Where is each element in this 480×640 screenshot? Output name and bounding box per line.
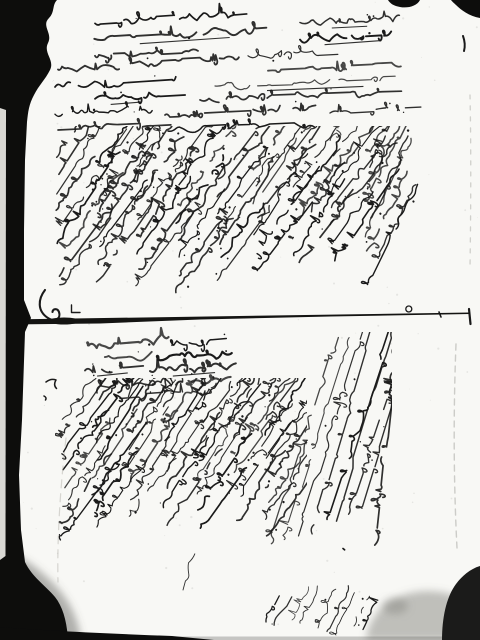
paper-speck [281,29,283,31]
paper-speck [126,406,127,407]
paper-speck [57,123,59,125]
paper-speck [52,81,53,82]
paper-speck [191,587,193,589]
paper-speck [477,217,478,218]
paper-speck [93,44,94,45]
paper-speck [428,174,429,175]
paper-speck [50,180,51,181]
paper-speck [384,463,385,464]
paper-speck [334,572,335,573]
paper-speck [36,528,37,529]
paper-speck [27,452,29,454]
paper-speck [31,508,33,510]
paper-speck [409,389,410,390]
paper-speck [421,57,422,58]
paper-speck [127,281,129,283]
paper-speck [190,516,192,518]
paper-speck [396,294,398,296]
paper-speck [316,530,317,531]
paper-speck [464,209,466,211]
paper-speck [295,411,296,412]
paper-speck [174,397,176,399]
paper-speck [308,189,310,191]
left-gutter-sliver [0,108,6,560]
paper-speck [280,257,281,258]
paper-speck [84,342,85,343]
paper-speck [179,524,181,526]
paper-speck [177,365,178,366]
paper-speck [194,325,196,327]
paper-speck [326,560,328,562]
paper-speck [298,319,299,320]
paper-speck [236,158,238,160]
paper-speck [245,171,247,173]
paper-speck [370,440,372,442]
paper-speck [205,59,206,60]
paper-speck [83,182,84,183]
scanned-manuscript-page [0,0,480,640]
manuscript-scan [0,0,480,640]
paper-speck [375,2,376,3]
paper-speck [161,372,162,373]
paper-speck [377,325,379,327]
paper-speck [175,518,176,519]
paper-speck [251,270,252,271]
paper-speck [429,6,430,7]
paper-speck [180,307,182,309]
paper-speck [44,405,45,406]
paper-speck [354,373,355,374]
paper-speck [359,591,361,593]
paper-speck [161,151,163,153]
paper-speck [108,69,109,70]
paper-speck [180,296,182,298]
paper-speck [388,303,389,304]
note-dot [343,549,345,550]
paper-speck [412,502,414,504]
paper-speck [328,246,330,248]
paper-speck [277,623,279,625]
paper-speck [355,333,356,334]
page-divider-blotch [48,318,80,325]
paper-speck [23,502,24,503]
paper-speck [413,493,415,495]
divider-end-tick [469,309,471,324]
paper-speck [333,283,335,285]
paper-speck [387,287,388,288]
paper-speck [434,80,436,82]
paper-speck [430,400,431,401]
paper-speck [323,478,325,480]
paper-speck [351,75,352,76]
paper-speck [476,26,478,28]
paper-speck [165,567,167,569]
paper-speck [75,269,77,271]
paper-speck [133,138,134,139]
paper-speck [466,371,468,373]
bottom-right-smudge-small [382,598,408,614]
paper-speck [217,34,219,36]
paper-speck [164,535,165,536]
paper-speck [437,348,439,350]
paper-speck [382,528,384,530]
paper-speck [244,236,245,237]
paper-speck [75,259,77,261]
paper-speck [172,250,173,251]
paper-speck [418,333,419,334]
paper-speck [60,126,62,128]
paper-speck [179,279,180,280]
paper-speck [341,337,343,339]
paper-speck [451,498,453,500]
paper-speck [53,80,54,81]
paper-speck [402,17,404,19]
paper-speck [83,580,85,582]
